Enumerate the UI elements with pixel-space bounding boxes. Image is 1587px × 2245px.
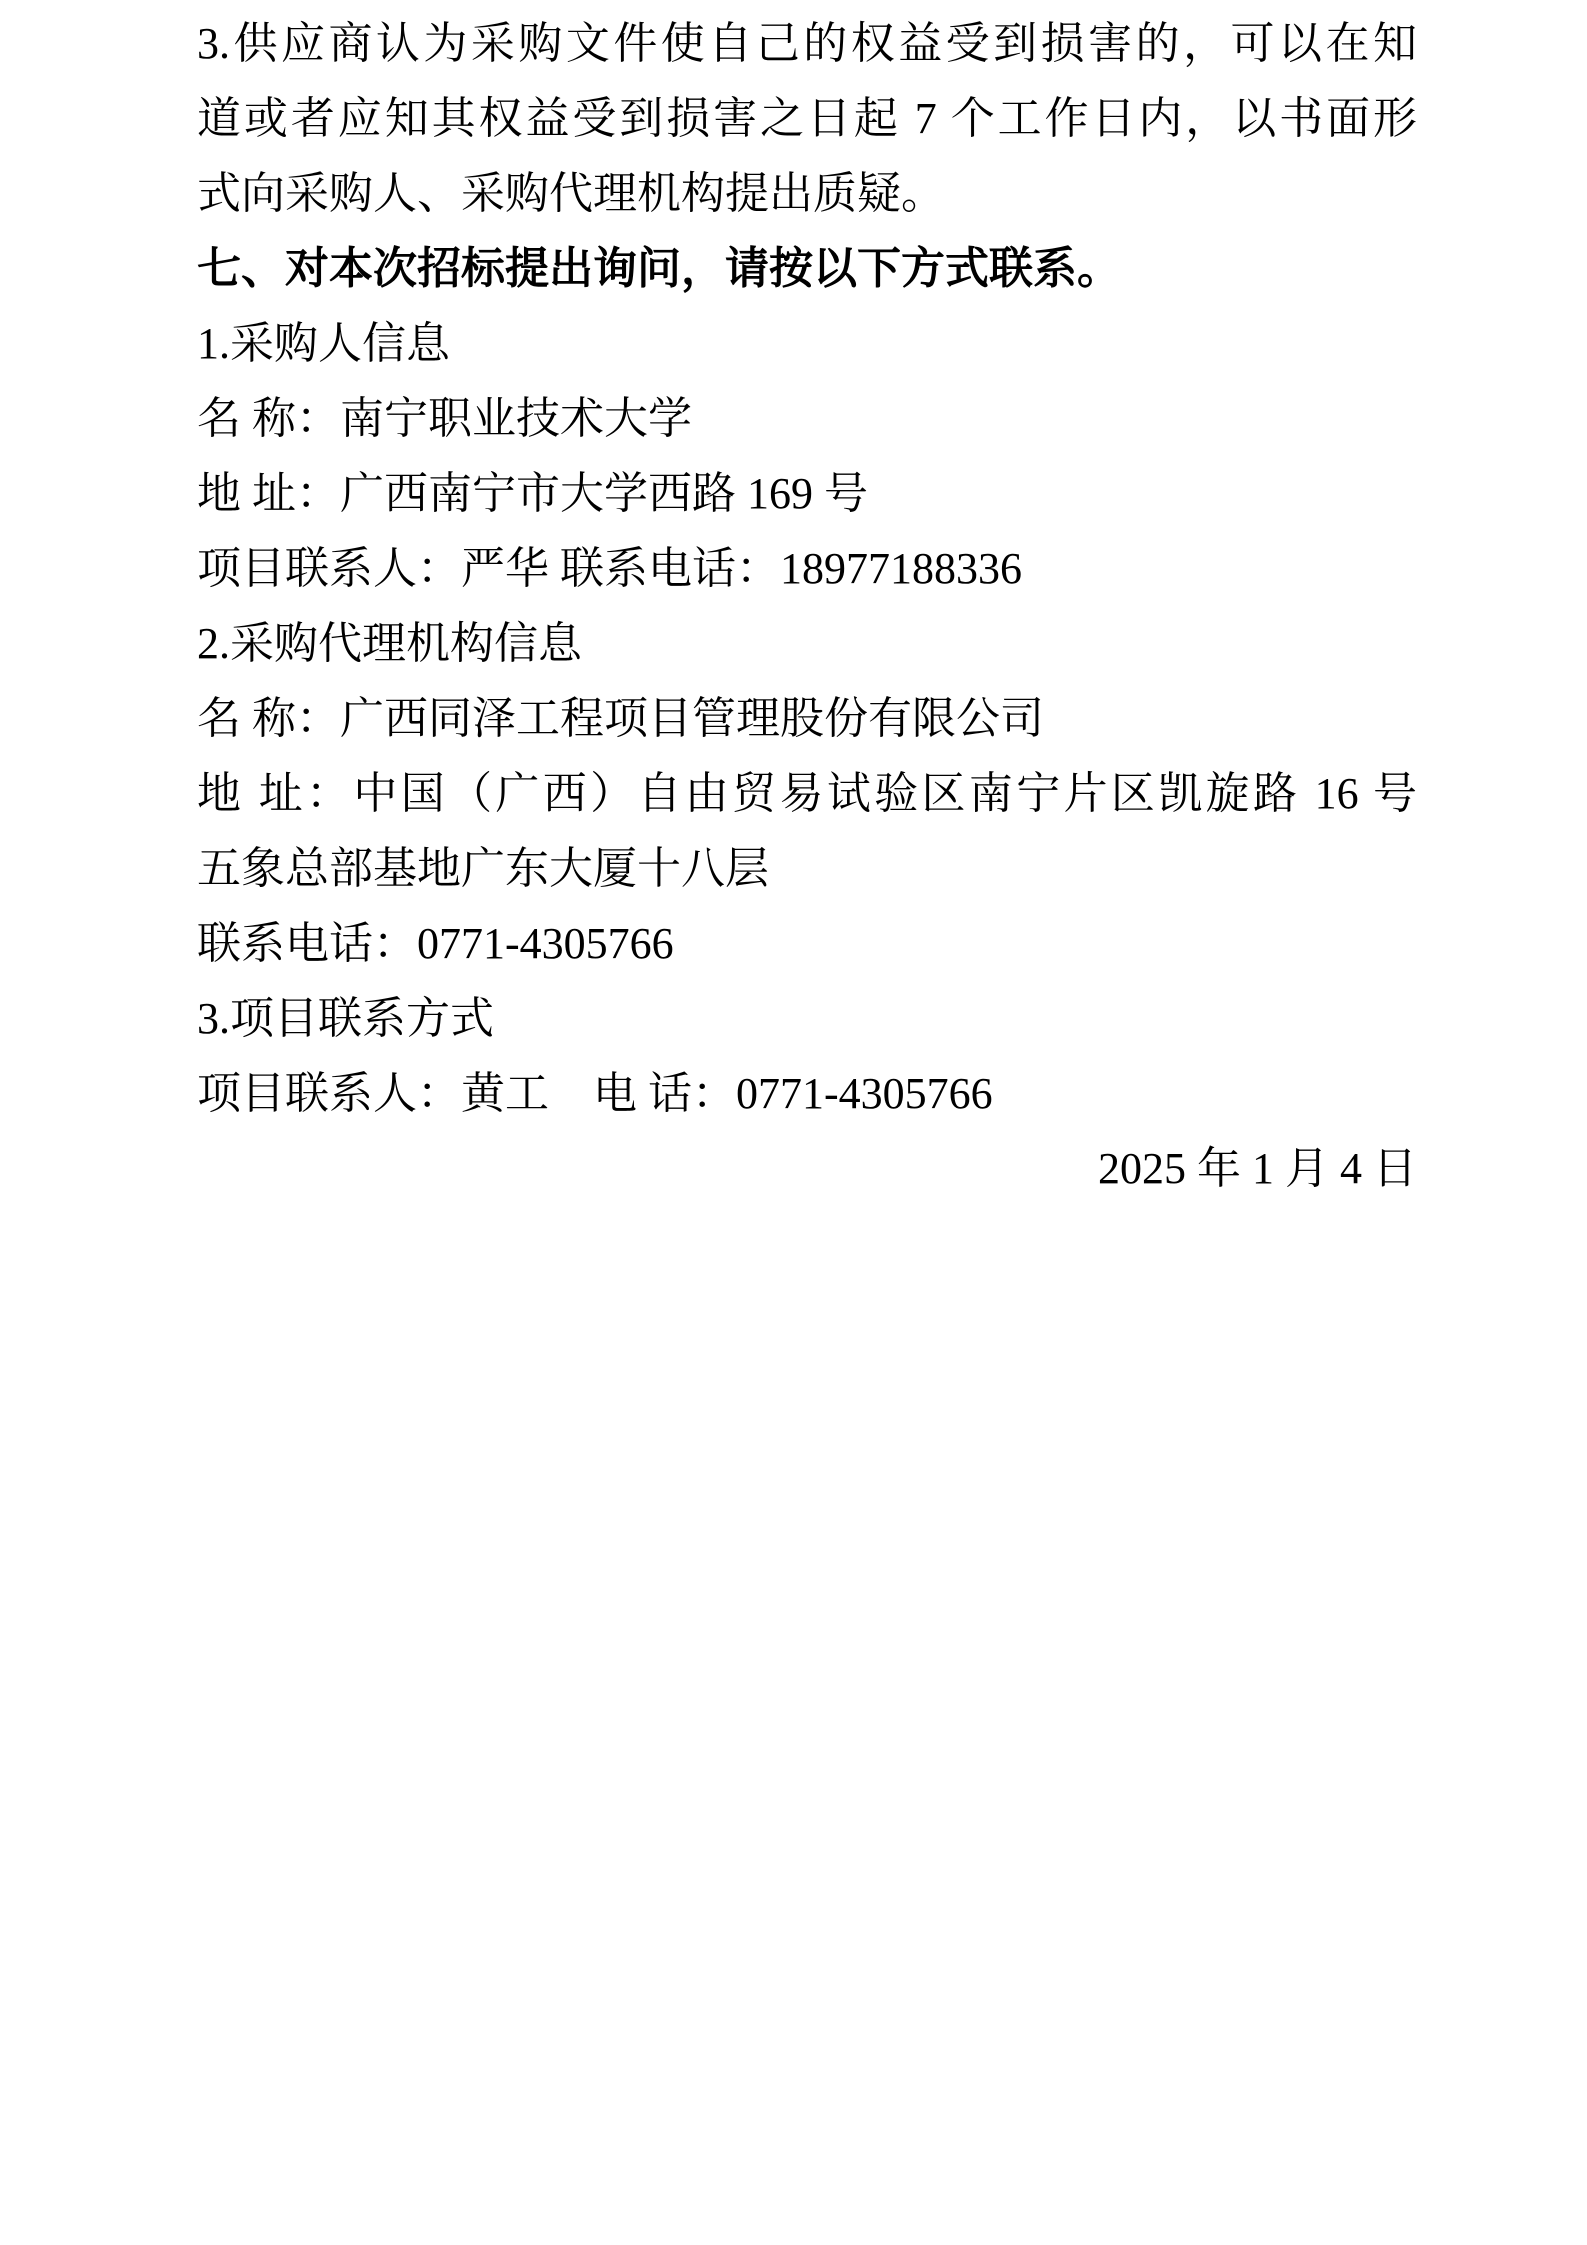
purchaser-contact: 项目联系人：严华 联系电话：18977188336 bbox=[197, 531, 1417, 606]
purchaser-info-label: 1.采购人信息 bbox=[197, 306, 1417, 381]
agency-address-line-2: 五象总部基地广东大厦十八层 bbox=[197, 831, 1417, 906]
project-contact-detail: 项目联系人：黄工 电 话：0771-4305766 bbox=[197, 1056, 1417, 1131]
objection-clause-line-3: 式向采购人、采购代理机构提出质疑。 bbox=[197, 156, 1417, 231]
agency-address-line-1: 地 址：中国（广西）自由贸易试验区南宁片区凯旋路 16 号 bbox=[197, 756, 1417, 831]
document-date: 2025 年 1 月 4 日 bbox=[197, 1131, 1417, 1206]
agency-info-label: 2.采购代理机构信息 bbox=[197, 606, 1417, 681]
section-7-heading: 七、对本次招标提出询问，请按以下方式联系。 bbox=[197, 231, 1417, 306]
objection-clause-line-2: 道或者应知其权益受到损害之日起 7 个工作日内，以书面形 bbox=[197, 81, 1417, 156]
purchaser-address: 地 址：广西南宁市大学西路 169 号 bbox=[197, 456, 1417, 531]
document-page: 3.供应商认为采购文件使自己的权益受到损害的，可以在知 道或者应知其权益受到损害… bbox=[0, 0, 1587, 2245]
agency-name: 名 称：广西同泽工程项目管理股份有限公司 bbox=[197, 681, 1417, 756]
objection-clause-line-1: 3.供应商认为采购文件使自己的权益受到损害的，可以在知 bbox=[197, 6, 1417, 81]
purchaser-name: 名 称：南宁职业技术大学 bbox=[197, 381, 1417, 456]
agency-phone: 联系电话：0771-4305766 bbox=[197, 906, 1417, 981]
project-contact-label: 3.项目联系方式 bbox=[197, 981, 1417, 1056]
